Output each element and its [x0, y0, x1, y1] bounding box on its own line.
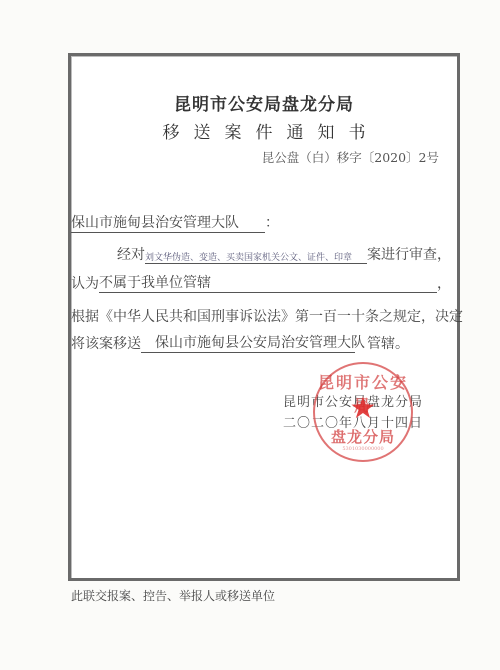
case-name-field: 刘文华伪造、变造、买卖国家机关公文、证件、印章	[145, 250, 367, 264]
transfer-to-field: 保山市施甸县公安局治安管理大队	[141, 332, 355, 353]
document-number: 昆公盘（白）移字〔2020〕2号	[262, 148, 439, 166]
body-line-4: 将该案移送保山市施甸县公安局治安管理大队管辖。	[71, 332, 409, 353]
document-title: 移送案件通知书	[71, 118, 457, 143]
body-line-3: 根据《中华人民共和国刑事诉讼法》第一百一十条之规定，决定	[71, 306, 463, 326]
seal-code: 5301030000000	[315, 446, 411, 452]
line1-prefix: 经对	[117, 247, 145, 263]
body-line-1: 经对刘文华伪造、变造、买卖国家机关公文、证件、印章案进行审查，	[117, 244, 451, 264]
body-line-2: 认为不属于我单位管辖，	[71, 272, 451, 293]
line2-suffix: ，	[437, 276, 451, 292]
document-frame: 昆明市公安局盘龙分局 移送案件通知书 昆公盘（白）移字〔2020〕2号 保山市施…	[68, 53, 460, 581]
issuer-title: 昆明市公安局盘龙分局	[71, 90, 457, 115]
reason-field: 不属于我单位管辖	[99, 272, 437, 293]
footer-note: 此联交报案、控告、举报人或移送单位	[71, 587, 275, 604]
recipient-colon: ：	[265, 215, 279, 231]
recipient-name: 保山市施甸县治安管理大队	[71, 212, 265, 233]
line1-suffix: 案进行审查，	[367, 247, 451, 263]
recipient-line: 保山市施甸县治安管理大队：	[71, 212, 279, 233]
line4-suffix: 管辖。	[367, 336, 409, 352]
line4-prefix: 将该案移送	[71, 336, 141, 352]
signature-date: 二〇二〇年八月十四日	[283, 412, 423, 431]
line2-prefix: 认为	[71, 276, 99, 292]
signature-organization: 昆明市公安局盘龙分局	[283, 391, 423, 410]
